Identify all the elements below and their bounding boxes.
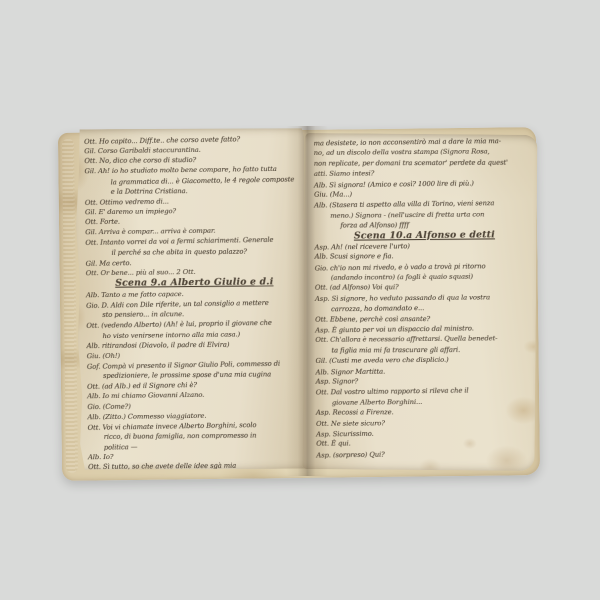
manuscript-line: ta figlia mia mi fa trascurare gli affar… (315, 344, 535, 356)
manuscript-line: Asp. (sorpreso) Qui? (316, 447, 536, 460)
right-page-text: ma desistete, io non acconsentirò mai a … (305, 133, 537, 460)
manuscript-line: forza ad Alfonso) ffff (314, 220, 534, 232)
open-notebook: Ott. Ho capito... Diff.te.. che corso av… (58, 118, 542, 480)
manuscript-line: non replicate, per domani tra scemator' … (314, 157, 534, 169)
right-page: ma desistete, io non acconsentirò mai a … (303, 133, 538, 471)
manuscript-line: Asp. Recossi a Firenze. (316, 407, 536, 419)
manuscript-line: Alb. ritirandosi (Diavolo, il padre di E… (87, 339, 304, 351)
manuscript-line: Ott. (ad Alfonso) Voi qui? (315, 282, 535, 294)
scene-heading: Scena 9.a Alberto Giulio e d.i (86, 276, 303, 290)
manuscript-line: Ott. Forte. (85, 215, 302, 227)
manuscript-line: Gio. (Come?) (87, 400, 304, 412)
left-page-text: Ott. Ho capito... Diff.te.. che corso av… (74, 127, 308, 472)
photo-canvas: Ott. Ho capito... Diff.te.. che corso av… (0, 0, 600, 600)
left-page: Ott. Ho capito... Diff.te.. che corso av… (74, 127, 308, 472)
